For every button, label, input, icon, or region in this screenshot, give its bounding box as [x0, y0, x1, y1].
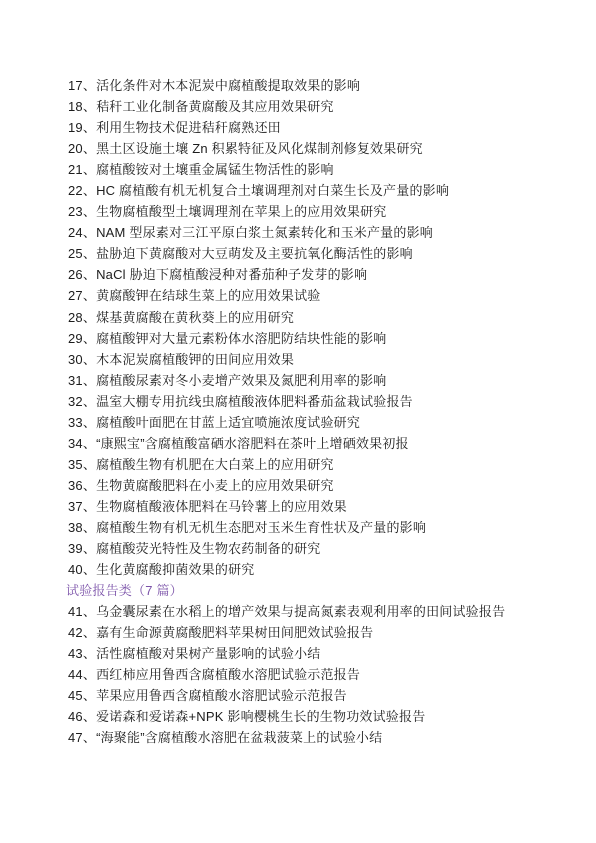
- list-item: 43、活性腐植酸对果树产量影响的试验小结: [66, 642, 566, 663]
- list-item: 31、腐植酸尿素对冬小麦增产效果及氮肥利用率的影响: [66, 369, 566, 390]
- item-title: “康熙宝”含腐植酸富硒水溶肥料在茶叶上增硒效果初报: [96, 433, 409, 452]
- item-title: 腐植酸叶面肥在甘蓝上适宜喷施浓度试验研究: [96, 412, 360, 431]
- list-item: 32、温室大棚专用抗线虫腐植酸液体肥料番茄盆栽试验报告: [66, 390, 566, 411]
- item-number: 28、: [68, 307, 96, 326]
- item-number: 17、: [68, 75, 96, 94]
- item-number: 45、: [68, 685, 96, 704]
- item-number: 44、: [68, 664, 96, 683]
- item-number: 33、: [68, 412, 96, 431]
- item-number: 35、: [68, 454, 96, 473]
- item-title: 温室大棚专用抗线虫腐植酸液体肥料番茄盆栽试验报告: [96, 391, 413, 410]
- item-title: 腐植酸生物有机无机生态肥对玉米生育性状及产量的影响: [96, 517, 426, 536]
- list-item: 33、腐植酸叶面肥在甘蓝上适宜喷施浓度试验研究: [66, 411, 566, 432]
- section-heading-report-category: 试验报告类（7 篇）: [66, 579, 566, 600]
- list-item: 21、腐植酸铵对土壤重金属锰生物活性的影响: [66, 158, 566, 179]
- item-number: 47、: [68, 727, 96, 746]
- item-title: 黄腐酸钾在结球生菜上的应用效果试验: [96, 285, 320, 304]
- item-number: 23、: [68, 201, 96, 220]
- item-title: 秸秆工业化制备黄腐酸及其应用效果研究: [96, 96, 334, 115]
- list-item: 20、黑土区设施土壤 Zn 积累特征及风化煤制剂修复效果研究: [66, 137, 566, 158]
- item-title: 苹果应用鲁西含腐植酸水溶肥试验示范报告: [96, 685, 347, 704]
- list-item: 40、生化黄腐酸抑菌效果的研究: [66, 558, 566, 579]
- list-item: 27、黄腐酸钾在结球生菜上的应用效果试验: [66, 284, 566, 305]
- item-number: 24、: [68, 222, 96, 241]
- list-item: 37、生物腐植酸液体肥料在马铃薯上的应用效果: [66, 495, 566, 516]
- list-item: 44、西红柿应用鲁西含腐植酸水溶肥试验示范报告: [66, 663, 566, 684]
- list-item: 23、生物腐植酸型土壤调理剂在苹果上的应用效果研究: [66, 200, 566, 221]
- list-item: 29、腐植酸钾对大量元素粉体水溶肥防结块性能的影响: [66, 327, 566, 348]
- list-item: 35、腐植酸生物有机肥在大白菜上的应用研究: [66, 453, 566, 474]
- report-list-section: 41、乌金囊尿素在水稻上的增产效果与提高氮素表观利用率的田间试验报告42、嘉有生…: [66, 600, 566, 747]
- list-item: 30、木本泥炭腐植酸钾的田间应用效果: [66, 348, 566, 369]
- topic-list-section: 17、活化条件对木本泥炭中腐植酸提取效果的影响18、秸秆工业化制备黄腐酸及其应用…: [66, 74, 566, 579]
- item-title: 腐植酸尿素对冬小麦增产效果及氮肥利用率的影响: [96, 370, 386, 389]
- item-title: 西红柿应用鲁西含腐植酸水溶肥试验示范报告: [96, 664, 360, 683]
- item-number: 19、: [68, 117, 96, 136]
- list-item: 24、NAM 型尿素对三江平原白浆土氮素转化和玉米产量的影响: [66, 221, 566, 242]
- list-item: 34、“康熙宝”含腐植酸富硒水溶肥料在茶叶上增硒效果初报: [66, 432, 566, 453]
- list-item: 41、乌金囊尿素在水稻上的增产效果与提高氮素表观利用率的田间试验报告: [66, 600, 566, 621]
- item-number: 29、: [68, 328, 96, 347]
- item-number: 18、: [68, 96, 96, 115]
- item-number: 32、: [68, 391, 96, 410]
- item-title: 爱诺森和爱诺森+NPK 影响樱桃生长的生物功效试验报告: [96, 706, 425, 725]
- item-title: NaCl 胁迫下腐植酸浸种对番茄种子发芽的影响: [96, 264, 367, 283]
- item-number: 36、: [68, 475, 96, 494]
- item-title: 生物腐植酸型土壤调理剂在苹果上的应用效果研究: [96, 201, 386, 220]
- section-heading-label: 试验报告类（7 篇）: [66, 580, 183, 599]
- item-number: 41、: [68, 601, 96, 620]
- item-title: 生物黄腐酸肥料在小麦上的应用效果研究: [96, 475, 334, 494]
- item-title: 乌金囊尿素在水稻上的增产效果与提高氮素表观利用率的田间试验报告: [96, 601, 505, 620]
- item-number: 20、: [68, 138, 96, 157]
- item-number: 21、: [68, 159, 96, 178]
- item-number: 43、: [68, 643, 96, 662]
- item-title: HC 腐植酸有机无机复合土壤调理剂对白菜生长及产量的影响: [96, 180, 449, 199]
- document-content: 17、活化条件对木本泥炭中腐植酸提取效果的影响18、秸秆工业化制备黄腐酸及其应用…: [66, 74, 566, 748]
- item-number: 38、: [68, 517, 96, 536]
- item-title: 腐植酸钾对大量元素粉体水溶肥防结块性能的影响: [96, 328, 386, 347]
- item-number: 25、: [68, 243, 96, 262]
- list-item: 38、腐植酸生物有机无机生态肥对玉米生育性状及产量的影响: [66, 516, 566, 537]
- item-number: 31、: [68, 370, 96, 389]
- item-title: 黑土区设施土壤 Zn 积累特征及风化煤制剂修复效果研究: [96, 138, 423, 157]
- list-item: 18、秸秆工业化制备黄腐酸及其应用效果研究: [66, 95, 566, 116]
- list-item: 46、爱诺森和爱诺森+NPK 影响樱桃生长的生物功效试验报告: [66, 705, 566, 726]
- item-title: 生化黄腐酸抑菌效果的研究: [96, 559, 254, 578]
- item-number: 34、: [68, 433, 96, 452]
- list-item: 22、HC 腐植酸有机无机复合土壤调理剂对白菜生长及产量的影响: [66, 179, 566, 200]
- item-title: 木本泥炭腐植酸钾的田间应用效果: [96, 349, 294, 368]
- list-item: 19、利用生物技术促进秸秆腐熟还田: [66, 116, 566, 137]
- item-title: 盐胁迫下黄腐酸对大豆萌发及主要抗氧化酶活性的影响: [96, 243, 413, 262]
- item-number: 27、: [68, 285, 96, 304]
- item-title: 活化条件对木本泥炭中腐植酸提取效果的影响: [96, 75, 360, 94]
- list-item: 47、“海聚能”含腐植酸水溶肥在盆栽菠菜上的试验小结: [66, 726, 566, 747]
- item-number: 42、: [68, 622, 96, 641]
- item-title: 利用生物技术促进秸秆腐熟还田: [96, 117, 281, 136]
- list-item: 17、活化条件对木本泥炭中腐植酸提取效果的影响: [66, 74, 566, 95]
- item-number: 22、: [68, 180, 96, 199]
- item-title: 腐植酸生物有机肥在大白菜上的应用研究: [96, 454, 334, 473]
- item-number: 46、: [68, 706, 96, 725]
- item-title: 生物腐植酸液体肥料在马铃薯上的应用效果: [96, 496, 347, 515]
- list-item: 36、生物黄腐酸肥料在小麦上的应用效果研究: [66, 474, 566, 495]
- item-title: “海聚能”含腐植酸水溶肥在盆栽菠菜上的试验小结: [96, 727, 382, 746]
- item-number: 37、: [68, 496, 96, 515]
- item-title: 煤基黄腐酸在黄秋葵上的应用研究: [96, 307, 294, 326]
- item-title: 腐植酸荧光特性及生物农药制备的研究: [96, 538, 320, 557]
- item-title: 活性腐植酸对果树产量影响的试验小结: [96, 643, 320, 662]
- item-title: NAM 型尿素对三江平原白浆土氮素转化和玉米产量的影响: [96, 222, 433, 241]
- item-number: 26、: [68, 264, 96, 283]
- list-item: 45、苹果应用鲁西含腐植酸水溶肥试验示范报告: [66, 684, 566, 705]
- list-item: 42、嘉有生命源黄腐酸肥料苹果树田间肥效试验报告: [66, 621, 566, 642]
- list-item: 25、盐胁迫下黄腐酸对大豆萌发及主要抗氧化酶活性的影响: [66, 242, 566, 263]
- item-number: 40、: [68, 559, 96, 578]
- item-number: 39、: [68, 538, 96, 557]
- item-number: 30、: [68, 349, 96, 368]
- list-item: 28、煤基黄腐酸在黄秋葵上的应用研究: [66, 306, 566, 327]
- document-page: 17、活化条件对木本泥炭中腐植酸提取效果的影响18、秸秆工业化制备黄腐酸及其应用…: [0, 0, 596, 843]
- item-title: 腐植酸铵对土壤重金属锰生物活性的影响: [96, 159, 334, 178]
- item-title: 嘉有生命源黄腐酸肥料苹果树田间肥效试验报告: [96, 622, 373, 641]
- list-item: 39、腐植酸荧光特性及生物农药制备的研究: [66, 537, 566, 558]
- list-item: 26、NaCl 胁迫下腐植酸浸种对番茄种子发芽的影响: [66, 263, 566, 284]
